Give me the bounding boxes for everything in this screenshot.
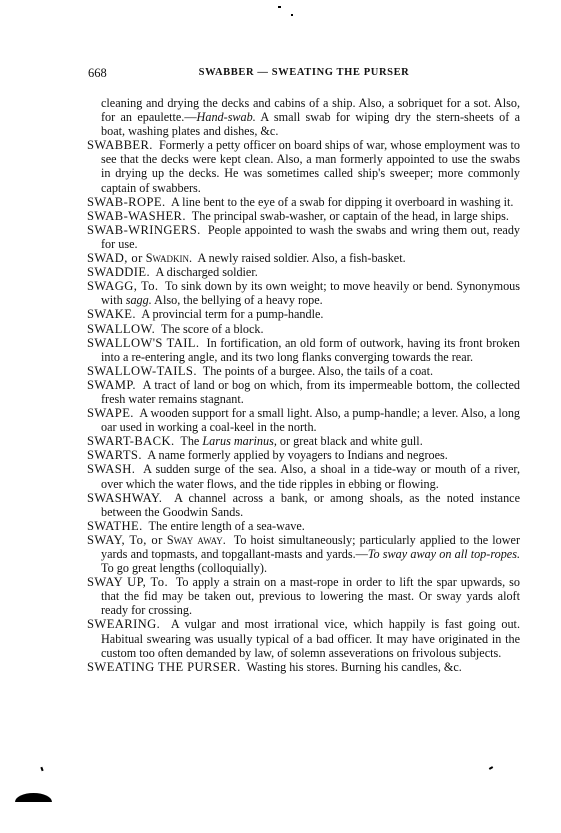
definition: A sudden surge of the sea. Also, a shoal… [101, 462, 520, 490]
definition: The [180, 434, 202, 448]
headword: SWEATING THE PURSER. [87, 660, 241, 674]
definition-italic: To sway away on all top-ropes. [368, 547, 520, 561]
scan-blot [15, 793, 52, 802]
definition: A name formerly applied by voyagers to I… [147, 448, 448, 462]
headword: SWART-BACK. [87, 434, 175, 448]
entry-swash: SWASH. A sudden surge of the sea. Also, … [87, 462, 520, 490]
entry-swathe: SWATHE. The entire length of a sea-wave. [87, 519, 520, 533]
definition: The points of a burgee. Also, the tails … [203, 364, 433, 378]
continuation-paragraph: cleaning and drying the decks and cabins… [87, 96, 520, 138]
headword: SWAB-ROPE. [87, 195, 166, 209]
dictionary-body: cleaning and drying the decks and cabins… [87, 96, 520, 674]
running-head: SWABBER — SWEATING THE PURSER [88, 67, 520, 78]
definition: To go great lengths (colloquially). [101, 561, 267, 575]
page-header: 668 SWABBER — SWEATING THE PURSER [88, 66, 520, 82]
definition: A wooden support for a small light. Also… [101, 406, 520, 434]
scan-speck [291, 14, 293, 16]
entry-swearing: SWEARING. A vulgar and most irrational v… [87, 617, 520, 659]
headword: SWALLOW-TAILS. [87, 364, 197, 378]
headword: SWAB-WRINGERS. [87, 223, 201, 237]
headword: SWAD, or [87, 251, 143, 265]
entry-swab-rope: SWAB-ROPE. A line bent to the eye of a s… [87, 195, 520, 209]
headword: SWAY, To, or [87, 533, 163, 547]
definition: Wasting his stores. Burning his candles,… [247, 660, 462, 674]
scan-speck [278, 6, 281, 8]
headword-variant: Swadkin. [146, 251, 192, 265]
definition-italic: Larus marinus, [202, 434, 277, 448]
entry-swallows-tail: SWALLOW'S TAIL. In fortification, an old… [87, 336, 520, 364]
entry-swake: SWAKE. A provincial term for a pump-hand… [87, 307, 520, 321]
entry-swab-washer: SWAB-WASHER. The principal swab-washer, … [87, 209, 520, 223]
headword: SWAY UP, To. [87, 575, 168, 589]
headword: SWAMP. [87, 378, 136, 392]
entry-italic: Hand-swab. [197, 110, 256, 124]
scan-speck [489, 766, 493, 770]
headword: SWATHE. [87, 519, 143, 533]
entry-swagg: SWAGG, To. To sink down by its own weigh… [87, 279, 520, 307]
headword: SWEARING. [87, 617, 160, 631]
headword: SWADDIE. [87, 265, 150, 279]
entry-swaddie: SWADDIE. A discharged soldier. [87, 265, 520, 279]
entry-swashway: SWASHWAY. A channel across a bank, or am… [87, 491, 520, 519]
headword: SWASH. [87, 462, 135, 476]
scan-speck [40, 767, 43, 771]
headword: SWAGG, To. [87, 279, 158, 293]
entry-swarts: SWARTS. A name formerly applied by voyag… [87, 448, 520, 462]
headword: SWAPE. [87, 406, 134, 420]
entry-swallow: SWALLOW. The score of a block. [87, 322, 520, 336]
definition: The entire length of a sea-wave. [149, 519, 305, 533]
entry-swallow-tails: SWALLOW-TAILS. The points of a burgee. A… [87, 364, 520, 378]
entry-swabber: SWABBER. Formerly a petty officer on boa… [87, 138, 520, 194]
definition: A newly raised soldier. Also, a fish-bas… [197, 251, 405, 265]
headword: SWAKE. [87, 307, 136, 321]
entry-swab-wringers: SWAB-WRINGERS. People appointed to wash … [87, 223, 520, 251]
entry-swart-back: SWART-BACK. The Larus marinus, or great … [87, 434, 520, 448]
headword: SWALLOW. [87, 322, 155, 336]
definition: A channel across a bank, or among shoals… [101, 491, 520, 519]
definition: The principal swab-washer, or captain of… [192, 209, 509, 223]
definition: A vulgar and most irrational vice, which… [101, 617, 520, 659]
definition: A line bent to the eye of a swab for dip… [171, 195, 514, 209]
definition: Formerly a petty officer on board ships … [101, 138, 520, 194]
entry-sway-up: SWAY UP, To. To apply a strain on a mast… [87, 575, 520, 617]
definition: The score of a block. [161, 322, 264, 336]
book-page: 668 SWABBER — SWEATING THE PURSER cleani… [0, 0, 561, 833]
definition-italic: sagg. [126, 293, 152, 307]
headword: SWARTS. [87, 448, 142, 462]
headword-variant: Sway away. [167, 533, 226, 547]
entry-swamp: SWAMP. A tract of land or bog on which, … [87, 378, 520, 406]
entry-sweating-the-purser: SWEATING THE PURSER. Wasting his stores.… [87, 660, 520, 674]
definition: or great black and white gull. [277, 434, 423, 448]
definition: A provincial term for a pump-handle. [141, 307, 323, 321]
headword: SWALLOW'S TAIL. [87, 336, 199, 350]
headword: SWASHWAY. [87, 491, 162, 505]
entry-swape: SWAPE. A wooden support for a small ligh… [87, 406, 520, 434]
headword: SWABBER. [87, 138, 153, 152]
definition: A discharged soldier. [155, 265, 257, 279]
entry-swad: SWAD, or Swadkin. A newly raised soldier… [87, 251, 520, 265]
entry-sway: SWAY, To, or Sway away. To hoist simulta… [87, 533, 520, 575]
definition: A tract of land or bog on which, from it… [101, 378, 520, 406]
definition: Also, the bellying of a heavy rope. [152, 293, 323, 307]
headword: SWAB-WASHER. [87, 209, 186, 223]
